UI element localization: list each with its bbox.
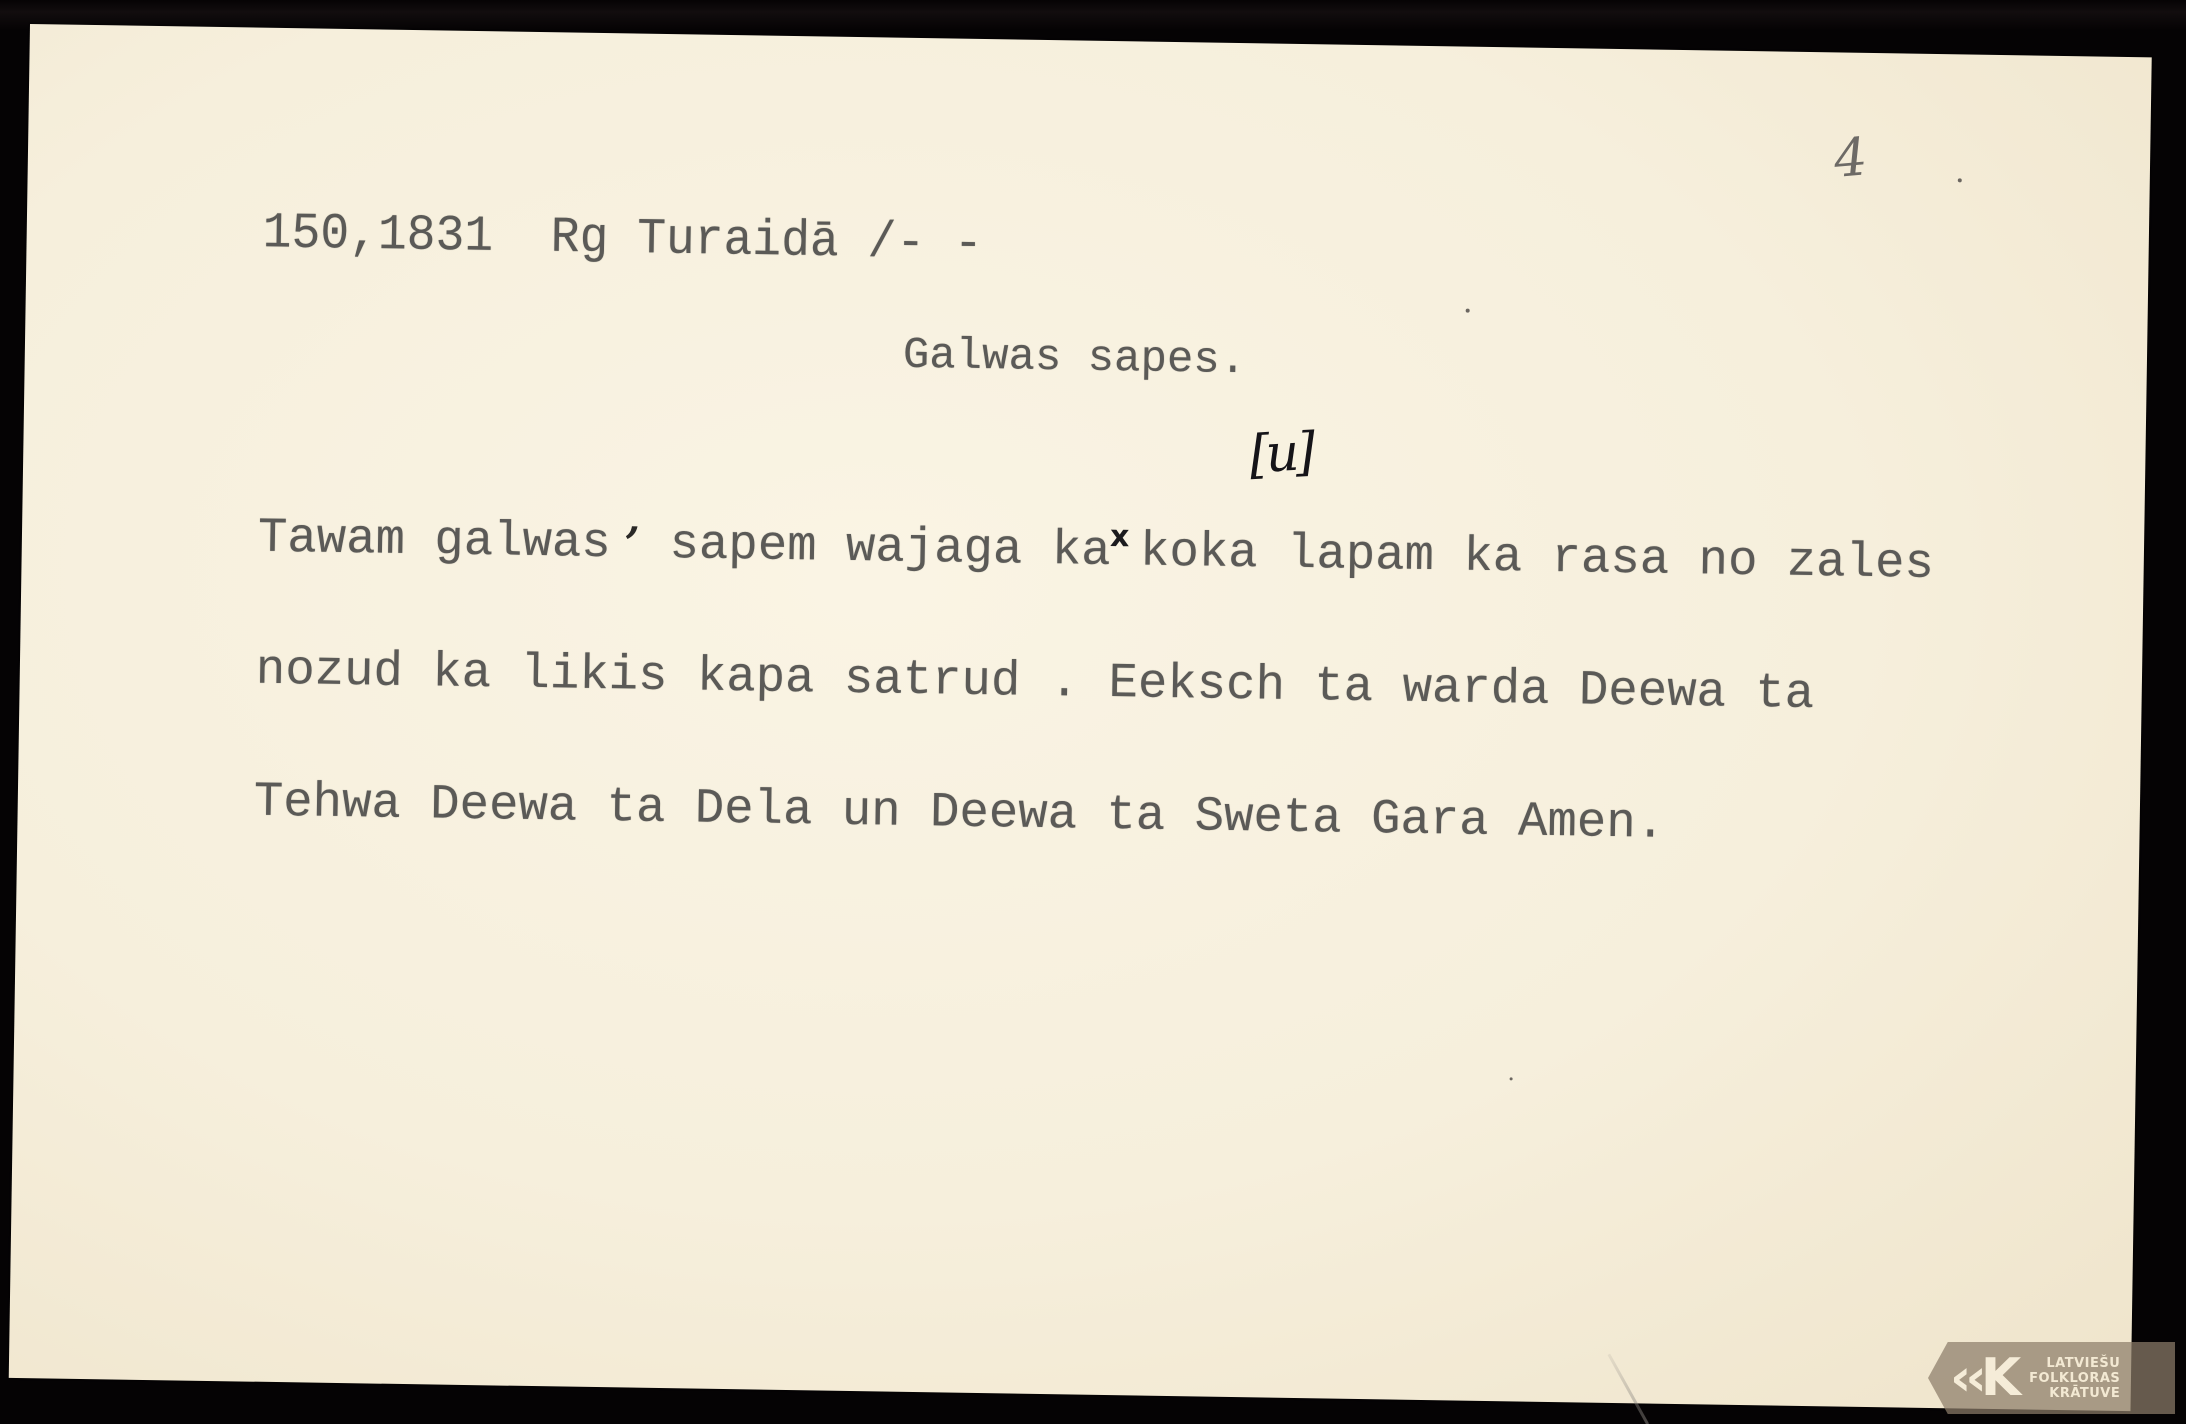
body-line-1: Tawam galwas sapem wajaga ka koka lapam … — [258, 516, 1935, 586]
index-card: 4 150,1831 Rg Turaidā /- - Galwas sapes.… — [9, 24, 2152, 1411]
logo-chevron-k-icon: ‹‹K — [1950, 1352, 2015, 1404]
paper-speck — [1510, 1077, 1513, 1080]
body-line-2: nozud ka likis kapa satrud . Eeksch ta w… — [256, 648, 1933, 718]
handwritten-correction: [u] — [1248, 422, 1313, 485]
handwritten-insertion-mark: x — [1110, 519, 1130, 554]
card-header: 150,1831 Rg Turaidā /- - — [262, 202, 983, 276]
logo-line-1: LATVIEŠU — [2029, 1356, 2120, 1371]
pencil-stroke — [1607, 1354, 1649, 1424]
logo-line-3: KRĀTUVE — [2029, 1386, 2120, 1401]
logo-line-2: FOLKLORAS — [2029, 1371, 2120, 1386]
body-line-3: Tehwa Deewa ta Dela un Deewa ta Sweta Ga… — [253, 780, 1930, 850]
logo-text: LATVIEŠU FOLKLORAS KRĀTUVE — [2029, 1356, 2120, 1401]
page-number: 4 — [1832, 127, 1870, 190]
card-title: Galwas sapes. — [902, 328, 1246, 389]
paper-speck — [1466, 309, 1470, 313]
handwritten-cedilla: , — [626, 495, 641, 542]
archive-logo: ‹‹K LATVIEŠU FOLKLORAS KRĀTUVE — [1928, 1342, 2175, 1414]
card-body: Tawam galwas sapem wajaga ka koka lapam … — [252, 428, 1935, 938]
paper-speck — [1958, 178, 1962, 182]
scan-background: 4 150,1831 Rg Turaidā /- - Galwas sapes.… — [0, 0, 2186, 1424]
